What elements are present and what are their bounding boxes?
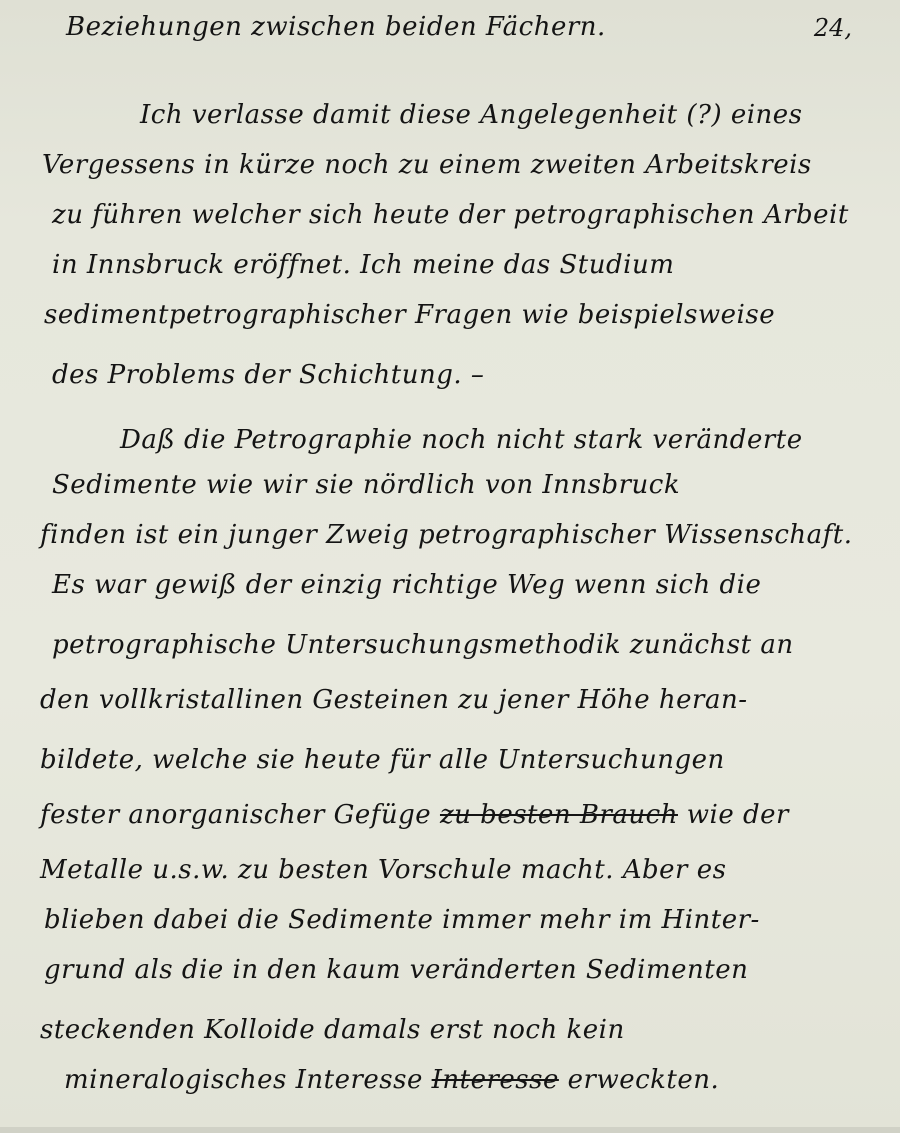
manuscript-line: Daß die Petrographie noch nicht stark ve… [120, 425, 803, 455]
manuscript-line: petrographische Untersuchungsmethodik zu… [52, 630, 794, 660]
line-text: mineralogisches [64, 1065, 287, 1095]
manuscript-line: steckenden Kolloide damals erst noch kei… [40, 1015, 625, 1045]
line-text-after: erweckten. [568, 1065, 720, 1095]
manuscript-line: Vergessens in kürze noch zu einem zweite… [42, 150, 812, 180]
manuscript-line: Sedimente wie wir sie nördlich von Innsb… [52, 470, 680, 500]
manuscript-page: 24, Beziehungen zwischen beiden Fächern.… [0, 0, 900, 1133]
manuscript-line: zu führen welcher sich heute der petrogr… [52, 200, 849, 230]
manuscript-line: sedimentpetrographischer Fragen wie beis… [44, 300, 775, 330]
manuscript-line: fester anorganischer Gefüge zu besten Br… [40, 800, 789, 830]
manuscript-line: Metalle u.s.w. zu besten Vorschule macht… [40, 855, 726, 885]
manuscript-line: blieben dabei die Sedimente immer mehr i… [44, 905, 760, 935]
line-text: fester anorganischer Gefüge [40, 800, 431, 830]
manuscript-line: finden ist ein junger Zweig petrographis… [40, 520, 852, 550]
line-text-after: wie der [687, 800, 789, 830]
manuscript-line: den vollkristallinen Gesteinen zu jener … [40, 685, 747, 715]
line-text-inserted: Interesse [296, 1065, 423, 1095]
manuscript-line: Beziehungen zwischen beiden Fächern. [66, 12, 606, 42]
manuscript-line: Ich verlasse damit diese Angelegenheit (… [140, 100, 803, 130]
page-bottom-edge [0, 1127, 900, 1133]
struck-through-text: Interesse [432, 1065, 559, 1095]
manuscript-line: Es war gewiß der einzig richtige Weg wen… [52, 570, 761, 600]
struck-through-text: zu besten Brauch [440, 800, 678, 830]
manuscript-line: grund als die in den kaum veränderten Se… [44, 955, 748, 985]
manuscript-line: in Innsbruck eröffnet. Ich meine das Stu… [52, 250, 674, 280]
manuscript-line: bildete, welche sie heute für alle Unter… [40, 745, 725, 775]
manuscript-line: des Problems der Schichtung. – [52, 360, 484, 390]
page-number: 24, [814, 14, 852, 42]
manuscript-line: mineralogisches Interesse Interesse erwe… [64, 1065, 719, 1095]
